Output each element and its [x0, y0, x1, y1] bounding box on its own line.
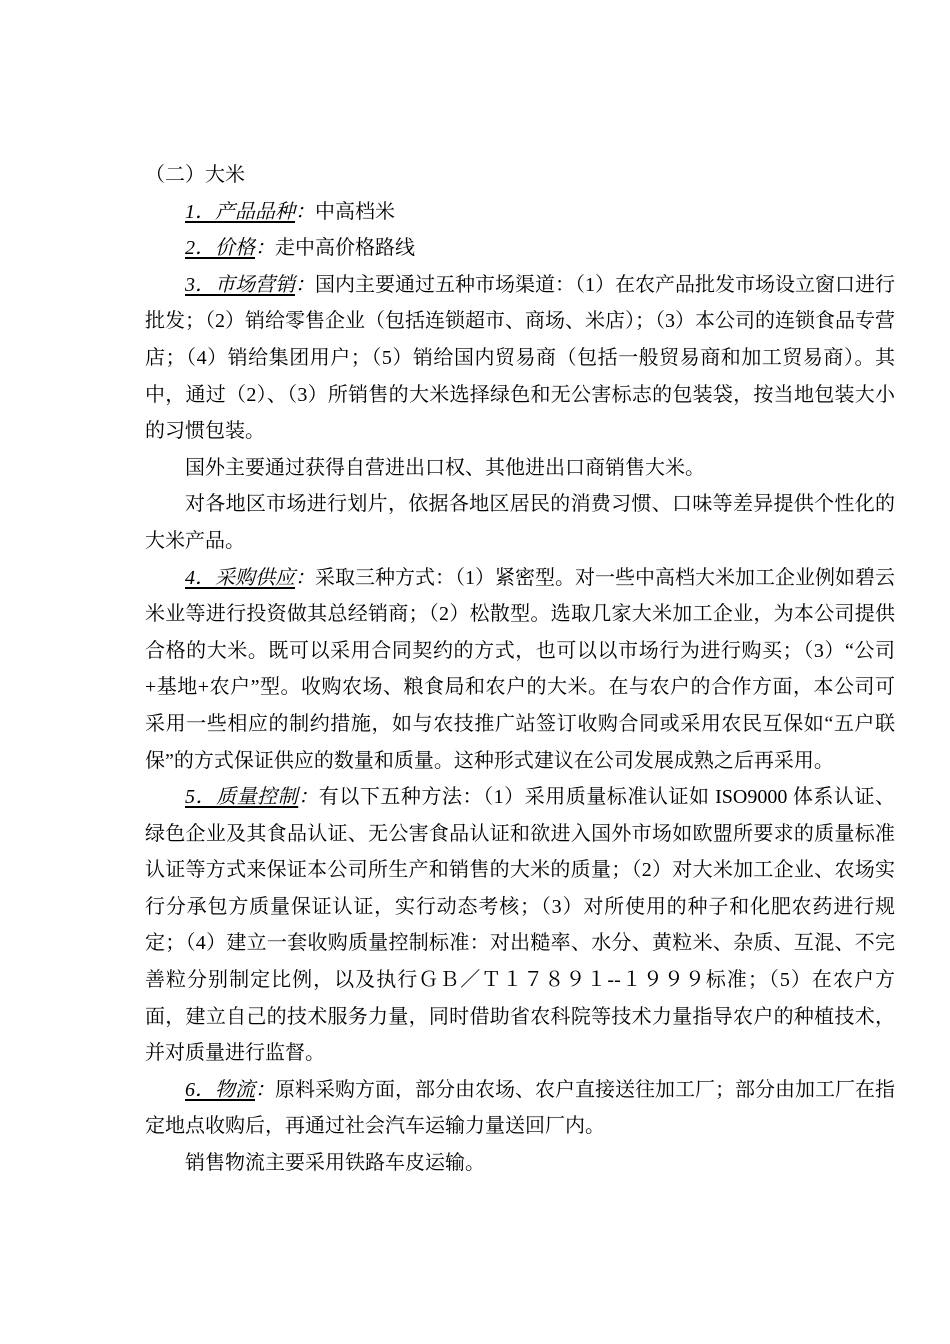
paragraph-colon: ：: [298, 786, 319, 808]
paragraph-text: 销售物流主要采用铁路车皮运输。: [185, 1152, 485, 1174]
paragraph-procurement-supply: 4．采购供应：采取三种方式：（1）紧密型。对一些中高档大米加工企业例如碧云米业等…: [145, 560, 895, 780]
paragraph-regional-segmentation: 对各地区市场进行划片，依据各地区居民的消费习惯、口味等差异提供个性化的大米产品。: [145, 486, 895, 559]
paragraph-label: 1．产品品种: [185, 201, 295, 223]
paragraph-quality-control: 5．质量控制：有以下五种方法：（1）采用质量标准认证如 ISO9000 体系认证…: [145, 779, 895, 1072]
paragraph-text: 对各地区市场进行划片，依据各地区居民的消费习惯、口味等差异提供个性化的大米产品。: [145, 493, 895, 552]
paragraph-label: 2．价格: [185, 237, 255, 259]
document-page: （二）大米 1．产品品种：中高档米 2．价格：走中高价格路线 3．市场营销：国内…: [0, 0, 950, 1344]
paragraph-colon: ：: [255, 237, 275, 259]
paragraph-marketing: 3．市场营销：国内主要通过五种市场渠道：（1）在农产品批发市场设立窗口进行批发；…: [145, 267, 895, 450]
paragraph-label: 5．质量控制: [185, 786, 298, 808]
paragraph-label: 3．市场营销: [185, 274, 295, 296]
paragraph-colon: ：: [255, 1079, 275, 1101]
paragraph-product-variety: 1．产品品种：中高档米: [145, 194, 895, 231]
paragraph-label: 6．物流: [185, 1079, 255, 1101]
paragraph-label: 4．采购供应: [185, 567, 295, 589]
paragraph-text: 国内主要通过五种市场渠道：（1）在农产品批发市场设立窗口进行批发；（2）销给零售…: [145, 274, 895, 442]
paragraph-colon: ：: [295, 567, 315, 589]
paragraph-text: 采取三种方式：（1）紧密型。对一些中高档大米加工企业例如碧云米业等进行投资做其总…: [145, 567, 895, 772]
paragraph-colon: ：: [295, 201, 315, 223]
paragraph-text: 国外主要通过获得自营进出口权、其他进出口商销售大米。: [185, 457, 705, 479]
section-heading-text: （二）大米: [145, 164, 245, 186]
paragraph-text: 有以下五种方法：（1）采用质量标准认证如 ISO9000 体系认证、绿色企业及其…: [145, 786, 895, 1064]
paragraph-text: 走中高价格路线: [275, 237, 415, 259]
section-heading: （二）大米: [145, 157, 895, 194]
paragraph-logistics: 6．物流：原料采购方面，部分由农场、农户直接送往加工厂；部分由加工厂在指定地点收…: [145, 1072, 895, 1145]
paragraph-colon: ：: [295, 274, 315, 296]
document-text-block: （二）大米 1．产品品种：中高档米 2．价格：走中高价格路线 3．市场营销：国内…: [145, 157, 895, 1182]
paragraph-price: 2．价格：走中高价格路线: [145, 230, 895, 267]
paragraph-sales-logistics: 销售物流主要采用铁路车皮运输。: [145, 1145, 895, 1182]
paragraph-text: 中高档米: [315, 201, 395, 223]
paragraph-overseas-sales: 国外主要通过获得自营进出口权、其他进出口商销售大米。: [145, 450, 895, 487]
